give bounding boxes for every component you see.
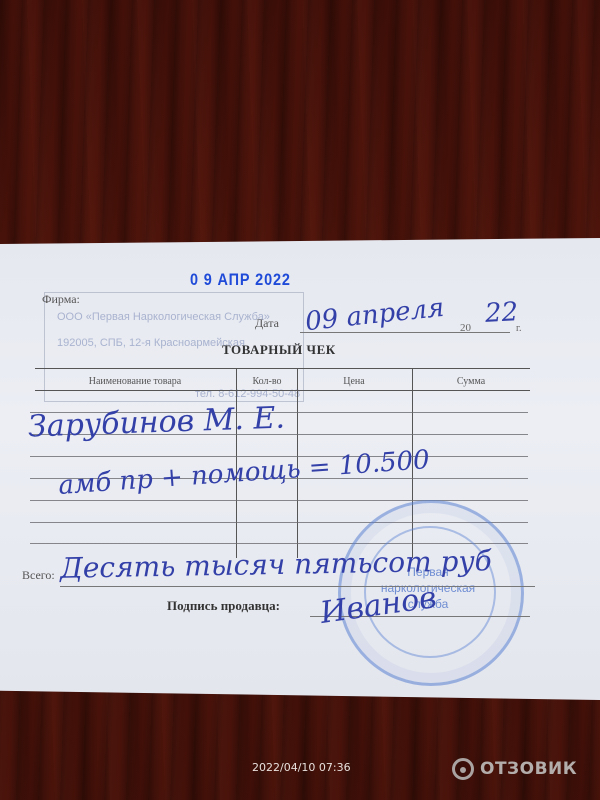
document-title: ТОВАРНЫЙ ЧЕК: [222, 342, 336, 358]
otzovik-logo-icon: [452, 758, 474, 780]
column-header-qty: Кол-во: [238, 376, 296, 387]
firm-stamp-line: 192005, СПБ, 12-я Красноармейская: [57, 337, 245, 349]
table-top-border: [35, 368, 530, 369]
year-line: [480, 332, 510, 333]
signature-label: Подпись продавца:: [167, 598, 280, 614]
date-label: Дата: [255, 316, 279, 331]
total-label: Всего:: [22, 568, 55, 583]
column-header-item: Наименование товара: [40, 376, 230, 387]
firm-stamp-line: ООО «Первая Наркологическая Служба»: [57, 311, 270, 323]
column-header-price: Цена: [298, 376, 410, 387]
watermark-logo-text: ОТЗОВИК: [480, 759, 577, 779]
handwritten-year: 22: [484, 297, 519, 329]
date-stamp: 0 9 АПР 2022: [190, 270, 291, 290]
table-header-border: [35, 390, 530, 391]
column-header-sum: Сумма: [414, 376, 528, 387]
year-prefix: 20: [460, 322, 471, 334]
table-row-line: [30, 500, 528, 501]
photo-timestamp: 2022/04/10 07:36: [252, 761, 351, 774]
firm-label: Фирма:: [42, 292, 80, 307]
total-line: [60, 586, 535, 587]
